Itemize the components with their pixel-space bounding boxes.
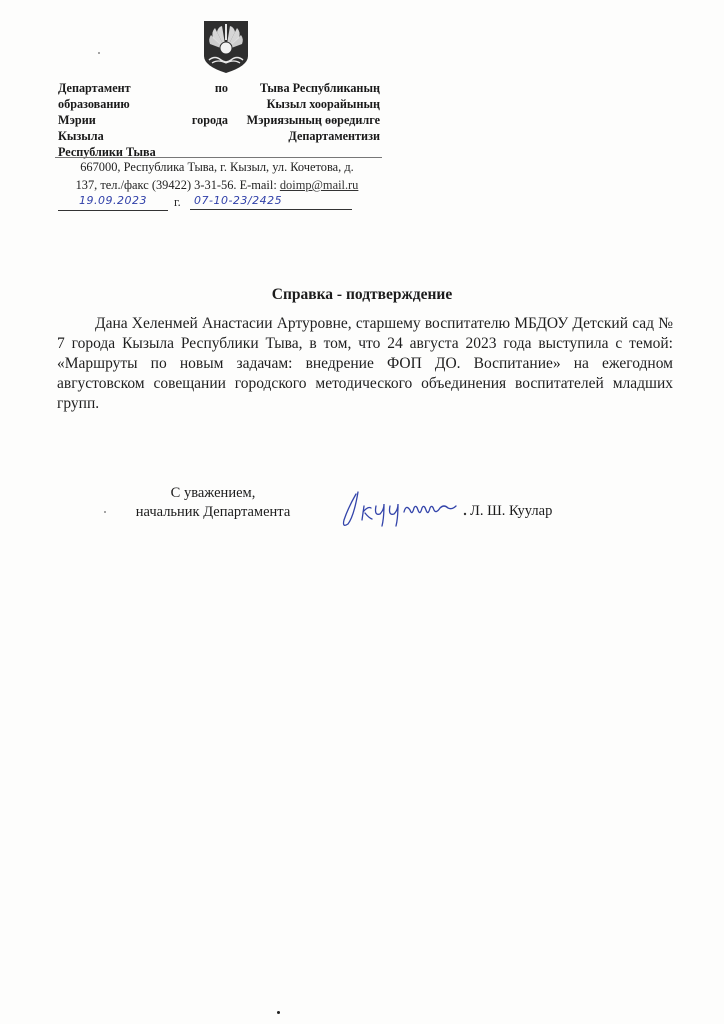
email-link[interactable]: doimp@mail.ru	[280, 178, 359, 192]
header-right-line-1: Тыва Республиканың	[226, 80, 380, 96]
scan-speck	[98, 52, 100, 54]
closing-greeting: С уважением,	[118, 484, 308, 503]
header-right-line-2: Кызыл хоорайының	[226, 96, 380, 112]
handwritten-signature-icon	[338, 486, 470, 530]
scan-dot	[277, 1011, 280, 1014]
header-left-line-4: Кызыла	[58, 128, 186, 144]
registration-number: 07-10-23/2425	[190, 194, 352, 210]
header-left-line-3: Мэрии города	[58, 112, 228, 128]
department-name-russian: Департамент по образованию Мэрии города …	[58, 80, 186, 160]
registration-g-label: г.	[174, 195, 181, 210]
address-block: 667000, Республика Тыва, г. Кызыл, ул. К…	[58, 158, 376, 194]
signer-name: Л. Ш. Куулар	[470, 503, 552, 520]
department-name-tuvan: Тыва Республиканың Кызыл хоорайының Мэри…	[226, 80, 380, 144]
header-left-line-2: образованию	[58, 96, 186, 112]
header-left-line-1: Департамент по	[58, 80, 228, 96]
document-title: Справка - подтверждение	[0, 286, 724, 304]
closing-block: С уважением, начальник Департамента	[118, 484, 308, 522]
header-right-line-3: Мэриязының өөредилге	[226, 112, 380, 128]
signer-position: начальник Департамента	[118, 503, 308, 522]
registration-line: 19.09.2023 г. 07-10-23/2425	[58, 194, 358, 212]
document-body: Дана Хеленмей Анастасии Артуровне, старш…	[57, 314, 673, 414]
header-right-line-4: Департаментизи	[226, 128, 380, 144]
scan-speck	[104, 511, 106, 513]
registration-date: 19.09.2023	[58, 194, 168, 211]
address-line-1: 667000, Республика Тыва, г. Кызыл, ул. К…	[58, 158, 376, 176]
address-line-2: 137, тел./факс (39422) 3-31-56. E-mail: …	[58, 176, 376, 194]
coat-of-arms-icon	[203, 20, 249, 74]
